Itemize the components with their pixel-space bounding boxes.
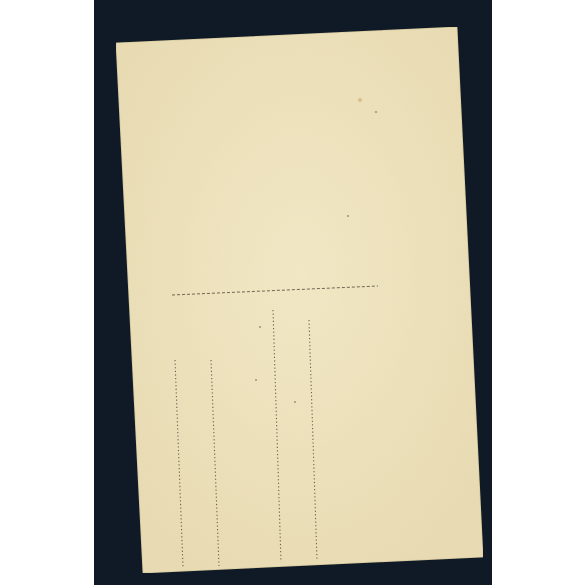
paper-speck: [347, 215, 349, 217]
photo-stage: [0, 0, 585, 585]
postcard-paper: [116, 27, 483, 573]
paper-speck: [358, 98, 362, 102]
paper-speck: [375, 111, 377, 113]
paper-speck: [259, 326, 261, 328]
postcard-back: [0, 0, 585, 585]
paper-speck: [255, 379, 257, 381]
paper-speck: [294, 401, 296, 403]
